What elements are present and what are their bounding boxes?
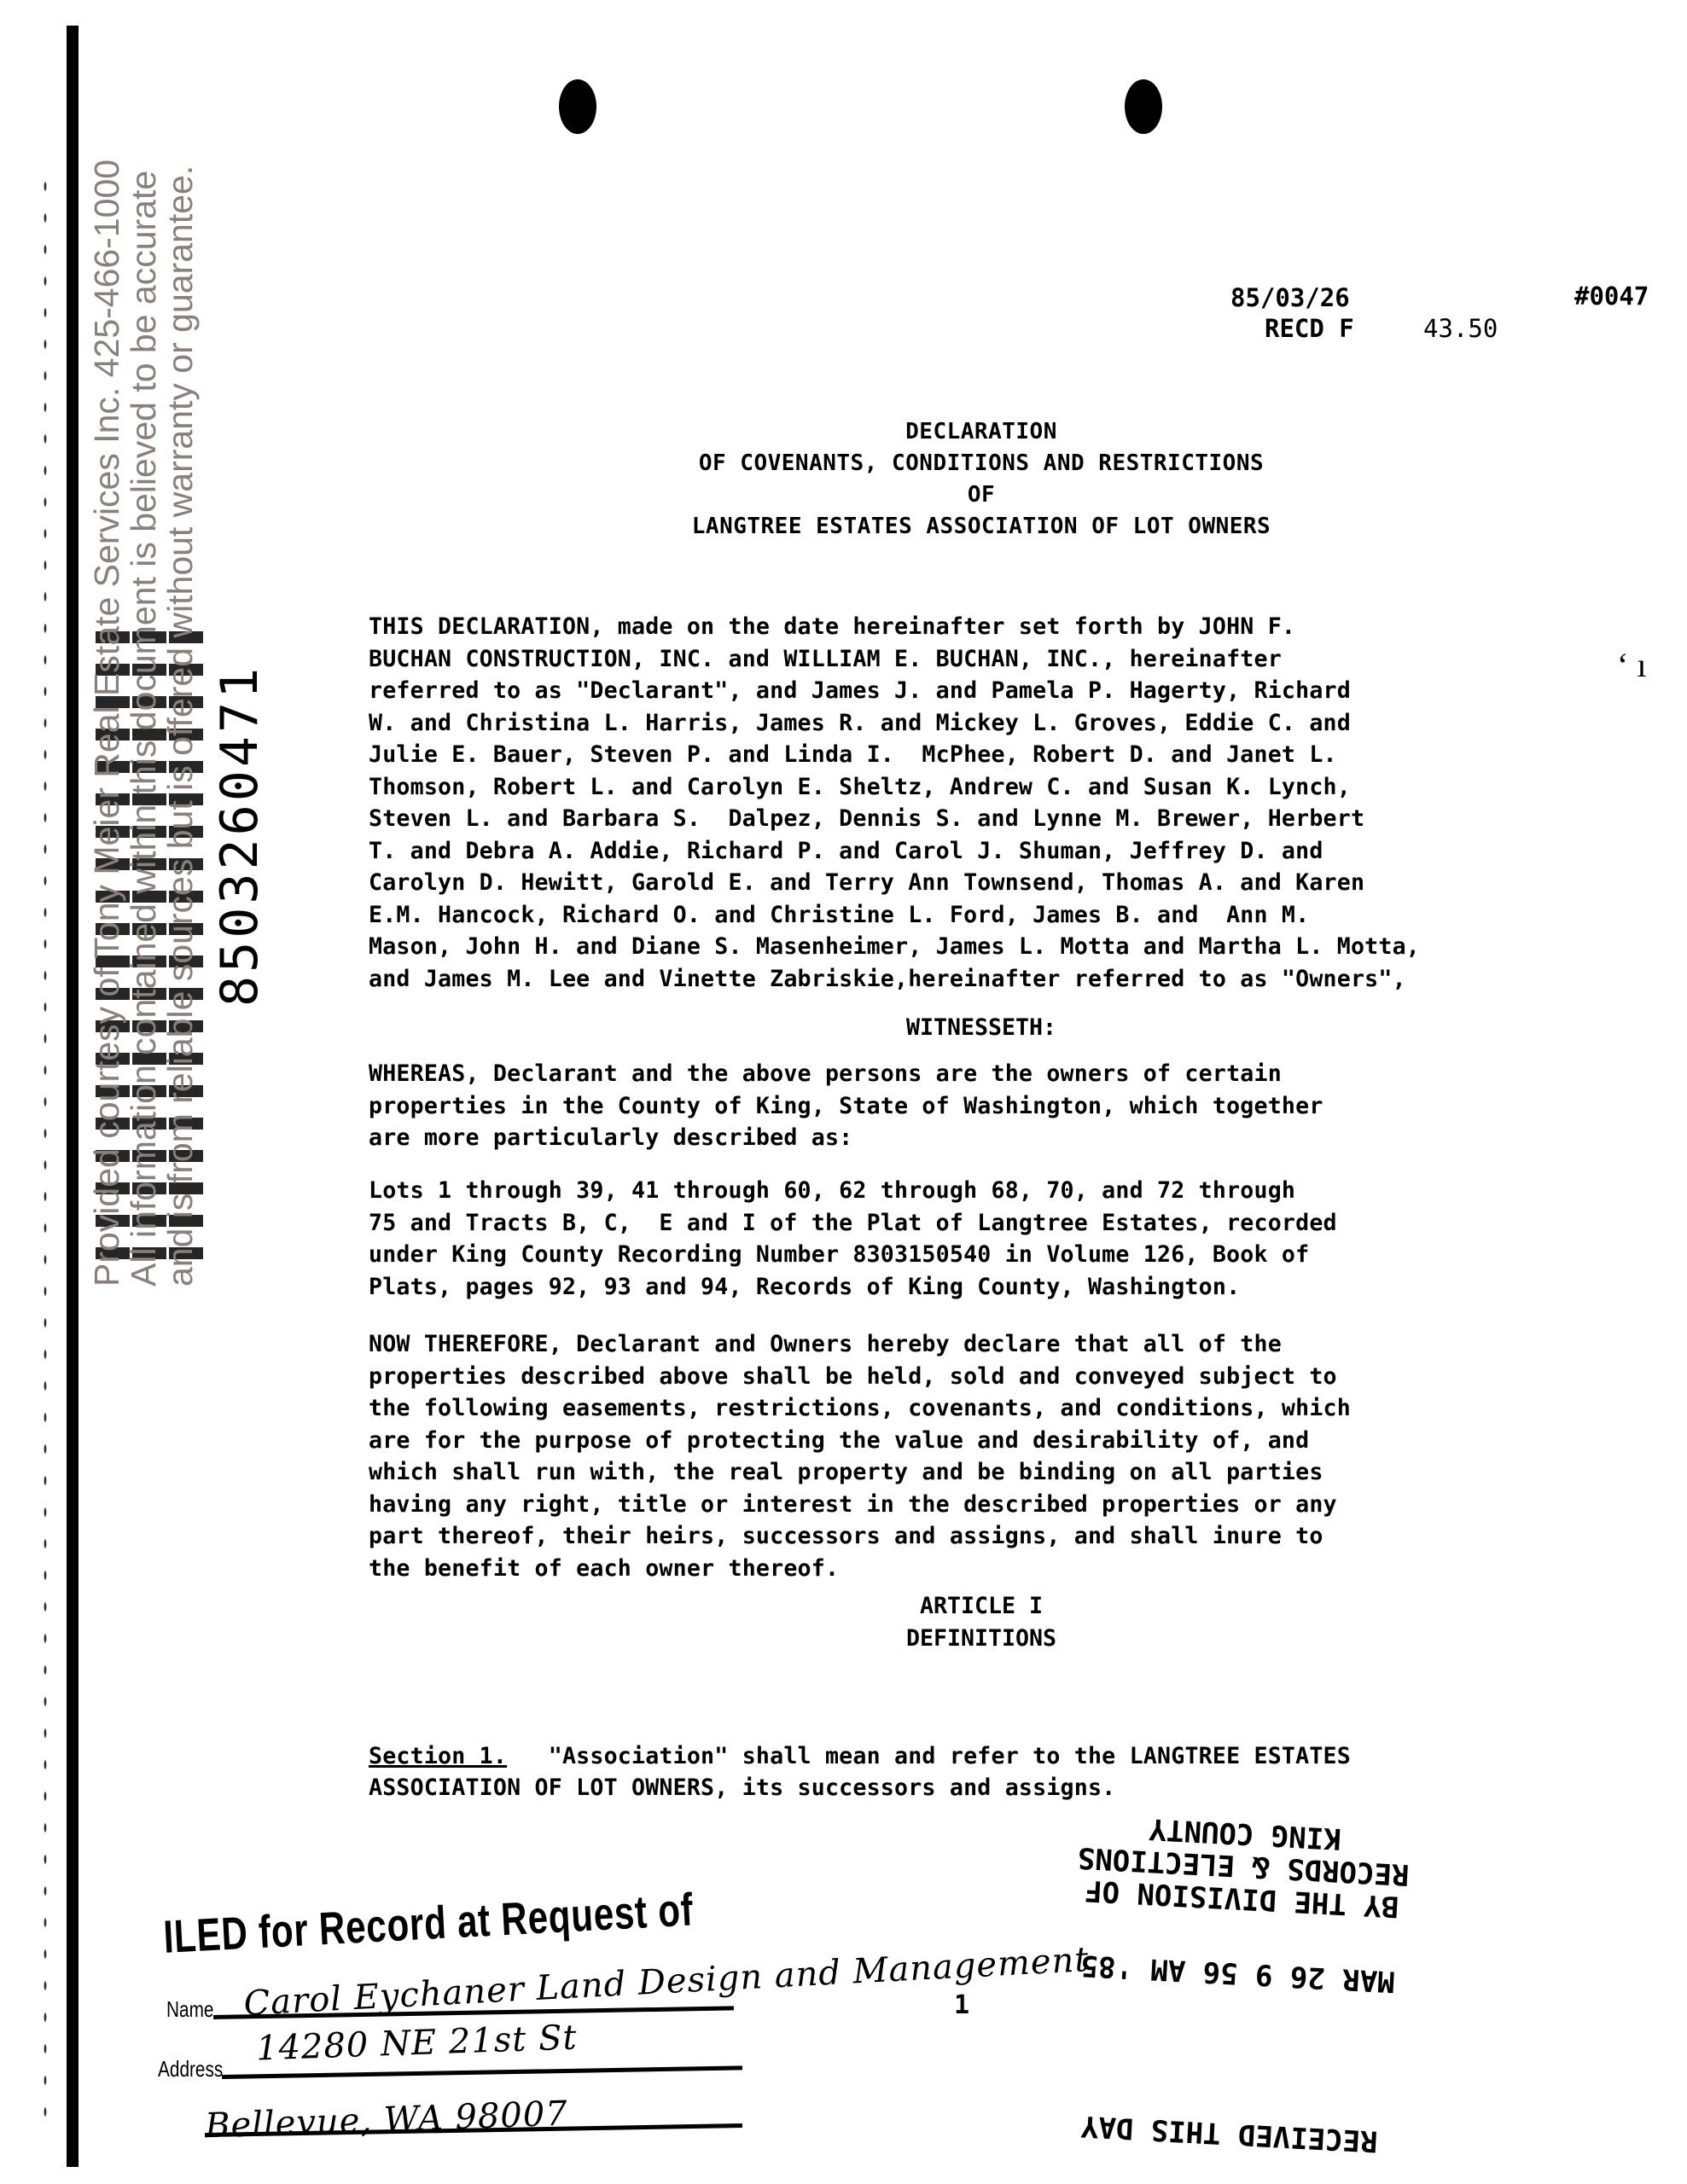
section-1-label: Section 1. bbox=[369, 1743, 507, 1769]
scan-specks bbox=[41, 171, 49, 2133]
witnesseth-heading: WITNESSETH: bbox=[597, 1012, 1365, 1044]
preamble-line: T. and Debra A. Addie, Richard P. and Ca… bbox=[369, 835, 1632, 868]
now-therefore-line: properties described above shall be held… bbox=[369, 1361, 1632, 1393]
article-number: ARTICLE I bbox=[597, 1590, 1365, 1623]
recording-fee: 43.50 bbox=[1423, 314, 1498, 343]
preamble-line: Carolyn D. Hewitt, Garold E. and Terry A… bbox=[369, 867, 1632, 899]
title-line-4: LANGTREE ESTATES ASSOCIATION OF LOT OWNE… bbox=[597, 511, 1365, 543]
title-line-3: OF bbox=[597, 479, 1365, 511]
now-therefore-line: part thereof, their heirs, successors an… bbox=[369, 1520, 1632, 1553]
scan-left-edge bbox=[67, 26, 79, 2167]
now-therefore-line: which shall run with, the real property … bbox=[369, 1456, 1632, 1489]
section-1-continued: ASSOCIATION OF LOT OWNERS, its successor… bbox=[369, 1772, 1632, 1804]
preamble-line: W. and Christina L. Harris, James R. and… bbox=[369, 707, 1632, 740]
legal-description-paragraph: Lots 1 through 39, 41 through 60, 62 thr… bbox=[369, 1175, 1632, 1303]
address-line-2: Bellevue, WA 98007 bbox=[204, 2094, 568, 2146]
section-1-text-1: "Association" shall mean and refer to th… bbox=[507, 1743, 1351, 1769]
stamp-line-4: MAR 26 9 56 AM '85 bbox=[1067, 1949, 1409, 1999]
now-therefore-line: having any right, title or interest in t… bbox=[369, 1489, 1632, 1521]
now-therefore-line: are for the purpose of protecting the va… bbox=[369, 1425, 1632, 1457]
section-1: Section 1. "Association" shall mean and … bbox=[369, 1740, 1632, 1773]
whereas-paragraph: WHEREAS, Declarant and the above persons… bbox=[369, 1058, 1632, 1154]
preamble-line: Mason, John H. and Diane S. Masenheimer,… bbox=[369, 931, 1632, 963]
document-title: DECLARATION OF COVENANTS, CONDITIONS AND… bbox=[597, 416, 1365, 543]
recording-label: RECD F bbox=[1265, 314, 1354, 343]
preamble-line: referred to as "Declarant", and James J.… bbox=[369, 675, 1632, 707]
title-line-1: DECLARATION bbox=[597, 416, 1365, 448]
recording-date: 85/03/26 bbox=[1230, 283, 1350, 312]
instrument-number: 8503260471 bbox=[210, 665, 270, 1007]
preamble-line: THIS DECLARATION, made on the date herei… bbox=[369, 611, 1632, 643]
preamble-line: Steven L. and Barbara S. Dalpez, Dennis … bbox=[369, 803, 1632, 835]
stamp-line-5: RECEIVED THIS DAY bbox=[1058, 2108, 1400, 2158]
legal-description-line: 75 and Tracts B, C, E and I of the Plat … bbox=[369, 1207, 1632, 1240]
now-therefore-paragraph: NOW THEREFORE, Declarant and Owners here… bbox=[369, 1328, 1632, 1584]
address-underline-1 bbox=[222, 2065, 742, 2079]
legal-description-line: under King County Recording Number 83031… bbox=[369, 1239, 1632, 1271]
watermark-line-2: All information contained within this do… bbox=[125, 171, 162, 1287]
now-therefore-line: the benefit of each owner thereof. bbox=[369, 1553, 1632, 1585]
punch-hole-left bbox=[559, 79, 596, 134]
address-line-1: 14280 NE 21st St bbox=[255, 2018, 578, 2068]
preamble-line: BUCHAN CONSTRUCTION, INC. and WILLIAM E.… bbox=[369, 643, 1632, 676]
watermark-line-1: Provided courtesy of Tony Meier Real Est… bbox=[89, 160, 125, 1287]
recording-sequence: #0047 bbox=[1574, 282, 1649, 311]
now-therefore-line: the following easements, restrictions, c… bbox=[369, 1392, 1632, 1425]
article-title: DEFINITIONS bbox=[597, 1623, 1365, 1655]
title-line-2: OF COVENANTS, CONDITIONS AND RESTRICTION… bbox=[597, 448, 1365, 479]
name-label: Name bbox=[166, 1996, 213, 2023]
preamble-line: Thomson, Robert L. and Carolyn E. Sheltz… bbox=[369, 771, 1632, 804]
filed-for-record-heading: ILED for Record at Request of bbox=[162, 1883, 695, 1963]
preamble-paragraph: THIS DECLARATION, made on the date herei… bbox=[369, 611, 1632, 995]
page-number: 1 bbox=[954, 1990, 969, 2020]
county-received-stamp: RECEIVED THIS DAY MAR 26 9 56 AM '85 BY … bbox=[1058, 1809, 1416, 2158]
whereas-line: WHEREAS, Declarant and the above persons… bbox=[369, 1058, 1632, 1090]
watermark-line-3: and is from reliable sources but is offe… bbox=[162, 166, 199, 1287]
preamble-line: Julie E. Bauer, Steven P. and Linda I. M… bbox=[369, 739, 1632, 771]
whereas-line: properties in the County of King, State … bbox=[369, 1090, 1632, 1123]
legal-description-line: Plats, pages 92, 93 and 94, Records of K… bbox=[369, 1271, 1632, 1304]
preamble-line: and James M. Lee and Vinette Zabriskie,h… bbox=[369, 963, 1632, 996]
now-therefore-line: NOW THEREFORE, Declarant and Owners here… bbox=[369, 1328, 1632, 1361]
punch-hole-right bbox=[1125, 79, 1162, 134]
legal-description-line: Lots 1 through 39, 41 through 60, 62 thr… bbox=[369, 1175, 1632, 1207]
address-label: Address bbox=[158, 2056, 223, 2082]
preamble-line: E.M. Hancock, Richard O. and Christine L… bbox=[369, 899, 1632, 932]
whereas-line: are more particularly described as: bbox=[369, 1122, 1632, 1154]
document-page: Provided courtesy of Tony Meier Real Est… bbox=[0, 0, 1687, 2184]
